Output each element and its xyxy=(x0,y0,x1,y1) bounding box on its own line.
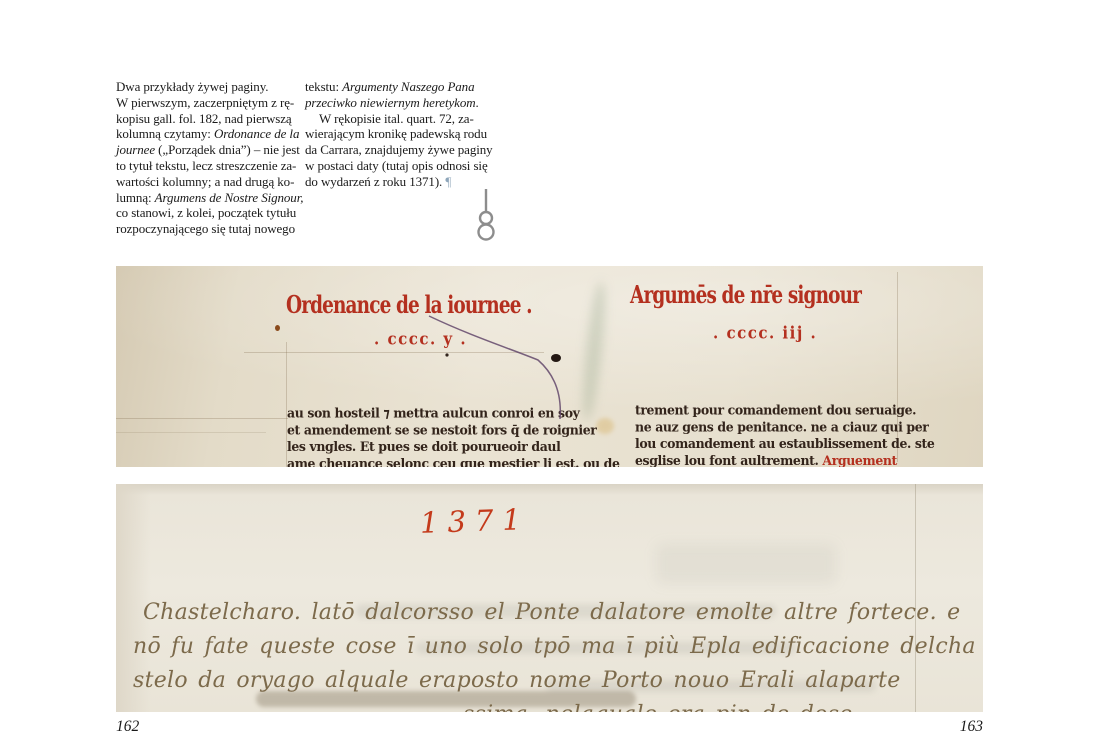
ruling-line xyxy=(244,352,544,353)
caption-line: lumną: Argumens de Nostre Signour, xyxy=(116,190,303,206)
caption-line: journee („Porządek dnia”) – nie jest xyxy=(116,142,303,158)
text-segment: . xyxy=(476,95,479,110)
manuscript1-heading-right: Argumēs de nr̄e signour xyxy=(630,280,861,309)
text-segment: Dwa przykłady żywej paginy. xyxy=(116,79,268,94)
caption-line: kolumną czytamy: Ordonance de la xyxy=(116,126,303,142)
caption-line: to tytuł tekstu, lecz streszczenie za- xyxy=(116,158,303,174)
manuscript1-text-column-left: au son hosteil ⁊ mettra aulcun conroi en… xyxy=(287,405,620,467)
text-segment: Argumenty Naszego Pana xyxy=(342,79,474,94)
text-segment: kopisu gall. fol. 182, nad pierwszą xyxy=(116,111,292,126)
manuscript1-column-number-right: . cccc. iij . xyxy=(713,323,817,343)
manuscript-text-line: ne auz gens de penitance. ne a ciauz qui… xyxy=(635,419,935,436)
caption-line: co stanowi, z kolei, początek tytułu xyxy=(116,205,303,221)
manuscript1-text-column-right: trement pour comandement dou seruaige.ne… xyxy=(635,402,935,467)
caption-line: W pierwszym, zaczerpniętym z rę- xyxy=(116,95,303,111)
manuscript-text-line: esglise lou font aultrement. Arguement xyxy=(635,452,935,467)
page-number-left: 162 xyxy=(116,718,139,736)
manuscript-text-line: ame cheuance selonc ceu que mestier li e… xyxy=(287,455,620,467)
text-segment: lumną: xyxy=(116,190,155,205)
text-segment: („Porządek dnia”) – nie jest xyxy=(155,142,300,157)
manuscript-text-line: les vngles. Et pues se doit pourueoir da… xyxy=(287,439,620,456)
manuscript-text-line: stelo da oryago alquale eraposto nome Po… xyxy=(133,664,976,698)
manuscript-text-line: trement pour comandement dou seruaige. xyxy=(635,402,935,419)
manuscript-text-line: au son hosteil ⁊ mettra aulcun conroi en… xyxy=(287,405,620,422)
text-segment: esglise lou font aultrement. xyxy=(635,452,822,467)
caption-line: wierającym kronikę padewską rodu xyxy=(305,126,493,142)
text-segment: co stanowi, z kolei, początek tytułu xyxy=(116,205,296,220)
manuscript1-heading-left: Ordenance de la iournee . xyxy=(286,290,532,319)
text-segment: Arguement xyxy=(822,452,897,467)
manuscript-text-line: et amendement se se nestoit fors q̄ de r… xyxy=(287,422,620,439)
text-segment: lou comandement au estaublissement de. s… xyxy=(635,436,935,452)
text-segment: journee xyxy=(116,142,155,157)
manuscript2-year-running-head: 1371 xyxy=(419,502,530,540)
text-segment: ame cheuance selonc ceu que mestier li e… xyxy=(287,455,620,467)
caption-line: W rękopisie ital. quart. 72, za- xyxy=(305,111,493,127)
stem-two-circles-ornament-icon xyxy=(475,186,497,242)
caption-line: w postaci daty (tutaj opis odnosi się xyxy=(305,158,493,174)
ink-speck xyxy=(275,325,280,331)
manuscript-text-line: lou comandement au estaublissement de. s… xyxy=(635,436,935,453)
text-segment: to tytuł tekstu, lecz streszczenie za- xyxy=(116,158,296,173)
manuscript-figure-2: 1371 Chastelcharo. latō dalcorsso el Pon… xyxy=(116,484,983,712)
bleed-through-smudge xyxy=(656,544,836,584)
text-segment: wartości kolumny; a nad drugą ko- xyxy=(116,174,294,189)
text-segment: ne auz gens de penitance. ne a ciauz qui… xyxy=(635,419,928,435)
text-segment: wierającym kronikę padewską rodu xyxy=(305,126,487,141)
manuscript1-column-number-left: . cccc. y . xyxy=(374,329,467,349)
text-segment: da Carrara, znajdujemy żywe paginy xyxy=(305,142,493,157)
caption-line: da Carrara, znajdujemy żywe paginy xyxy=(305,142,493,158)
text-segment: ¶ xyxy=(445,174,451,189)
text-segment: rozpoczynającego się tutaj nowego xyxy=(116,221,295,236)
text-segment: W rękopisie ital. quart. 72, za- xyxy=(319,111,474,126)
book-spread: Dwa przykłady żywej paginy.W pierwszym, … xyxy=(0,0,1100,741)
caption-line: tekstu: Argumenty Naszego Pana xyxy=(305,79,493,95)
caption-line: do wydarzeń z roku 1371). ¶ xyxy=(305,174,493,190)
manuscript2-text-block: Chastelcharo. latō dalcorsso el Ponte da… xyxy=(133,596,976,712)
caption-line: wartości kolumny; a nad drugą ko- xyxy=(116,174,303,190)
text-segment: au son hosteil ⁊ mettra aulcun conroi en… xyxy=(287,405,580,421)
caption-line: rozpoczynającego się tutaj nowego xyxy=(116,221,303,237)
caption-column-right: tekstu: Argumenty Naszego Panaprzeciwko … xyxy=(305,79,493,190)
caption-line: kopisu gall. fol. 182, nad pierwszą xyxy=(116,111,303,127)
manuscript-text-line: nō fu fate queste cose ī uno solo tpō ma… xyxy=(133,630,976,664)
caption-column-left: Dwa przykłady żywej paginy.W pierwszym, … xyxy=(116,79,303,237)
page-number-right: 163 xyxy=(960,718,983,736)
text-segment: et amendement se se nestoit fors q̄ de r… xyxy=(287,422,597,438)
caption-line: przeciwko niewiernym heretykom. xyxy=(305,95,493,111)
manuscript-text-line: ssima. nelaquale era pin de dose xyxy=(463,698,976,712)
ruling-line xyxy=(116,418,288,419)
text-segment: w postaci daty (tutaj opis odnosi się xyxy=(305,158,488,173)
green-stain xyxy=(579,281,610,422)
text-segment: trement pour comandement dou seruaige. xyxy=(635,402,916,418)
text-segment: do wydarzeń z roku 1371). xyxy=(305,174,445,189)
text-segment: przeciwko niewiernym heretykom xyxy=(305,95,476,110)
text-segment: Argumens de Nostre Signour, xyxy=(155,190,304,205)
manuscript-text-line: Chastelcharo. latō dalcorsso el Ponte da… xyxy=(143,596,976,630)
ruling-line xyxy=(116,432,266,433)
text-segment: tekstu: xyxy=(305,79,342,94)
caption-line: Dwa przykłady żywej paginy. xyxy=(116,79,303,95)
text-segment: W pierwszym, zaczerpniętym z rę- xyxy=(116,95,294,110)
manuscript-figure-1: Ordenance de la iournee . . cccc. y . Ar… xyxy=(116,266,983,467)
text-segment: kolumną czytamy: xyxy=(116,126,214,141)
text-segment: les vngles. Et pues se doit pourueoir da… xyxy=(287,439,560,455)
text-segment: Ordonance de la xyxy=(214,126,299,141)
